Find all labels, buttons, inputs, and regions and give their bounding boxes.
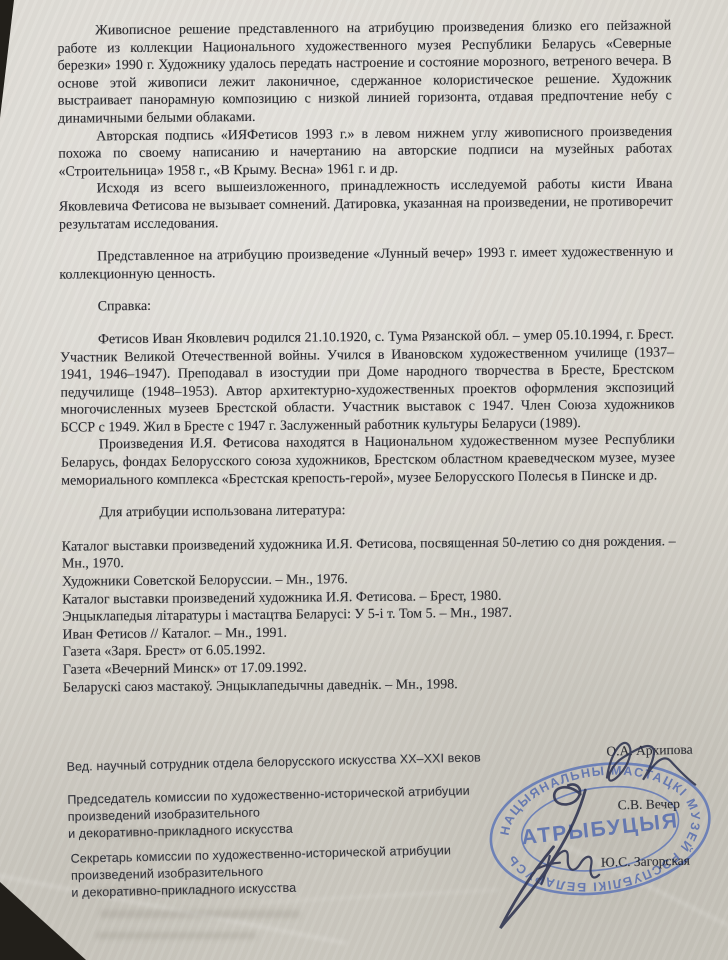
stamp-center-text: АТРЫБУЦЫЯ [520, 809, 680, 849]
officials-signature-block: Вед. научный сотрудник отдела белорусско… [0, 0, 728, 960]
signatory-title-researcher: Вед. научный сотрудник отдела белорусско… [66, 749, 516, 776]
signatory-title-secretary: Секретарь комиссии по художественно-исто… [71, 841, 492, 902]
signatory-title-line: Вед. научный сотрудник отдела белорусско… [66, 749, 516, 776]
museum-oval-stamp: НАЦЫЯНАЛЬНЫ МАСТАЦКІ МУЗЕЙ РЭСПУБЛІКІ БЕ… [475, 744, 724, 914]
signatory-title-chairman: Председатель комиссии по художественно-и… [67, 782, 488, 843]
document-content: Живописное решение представленного на ат… [0, 0, 728, 960]
